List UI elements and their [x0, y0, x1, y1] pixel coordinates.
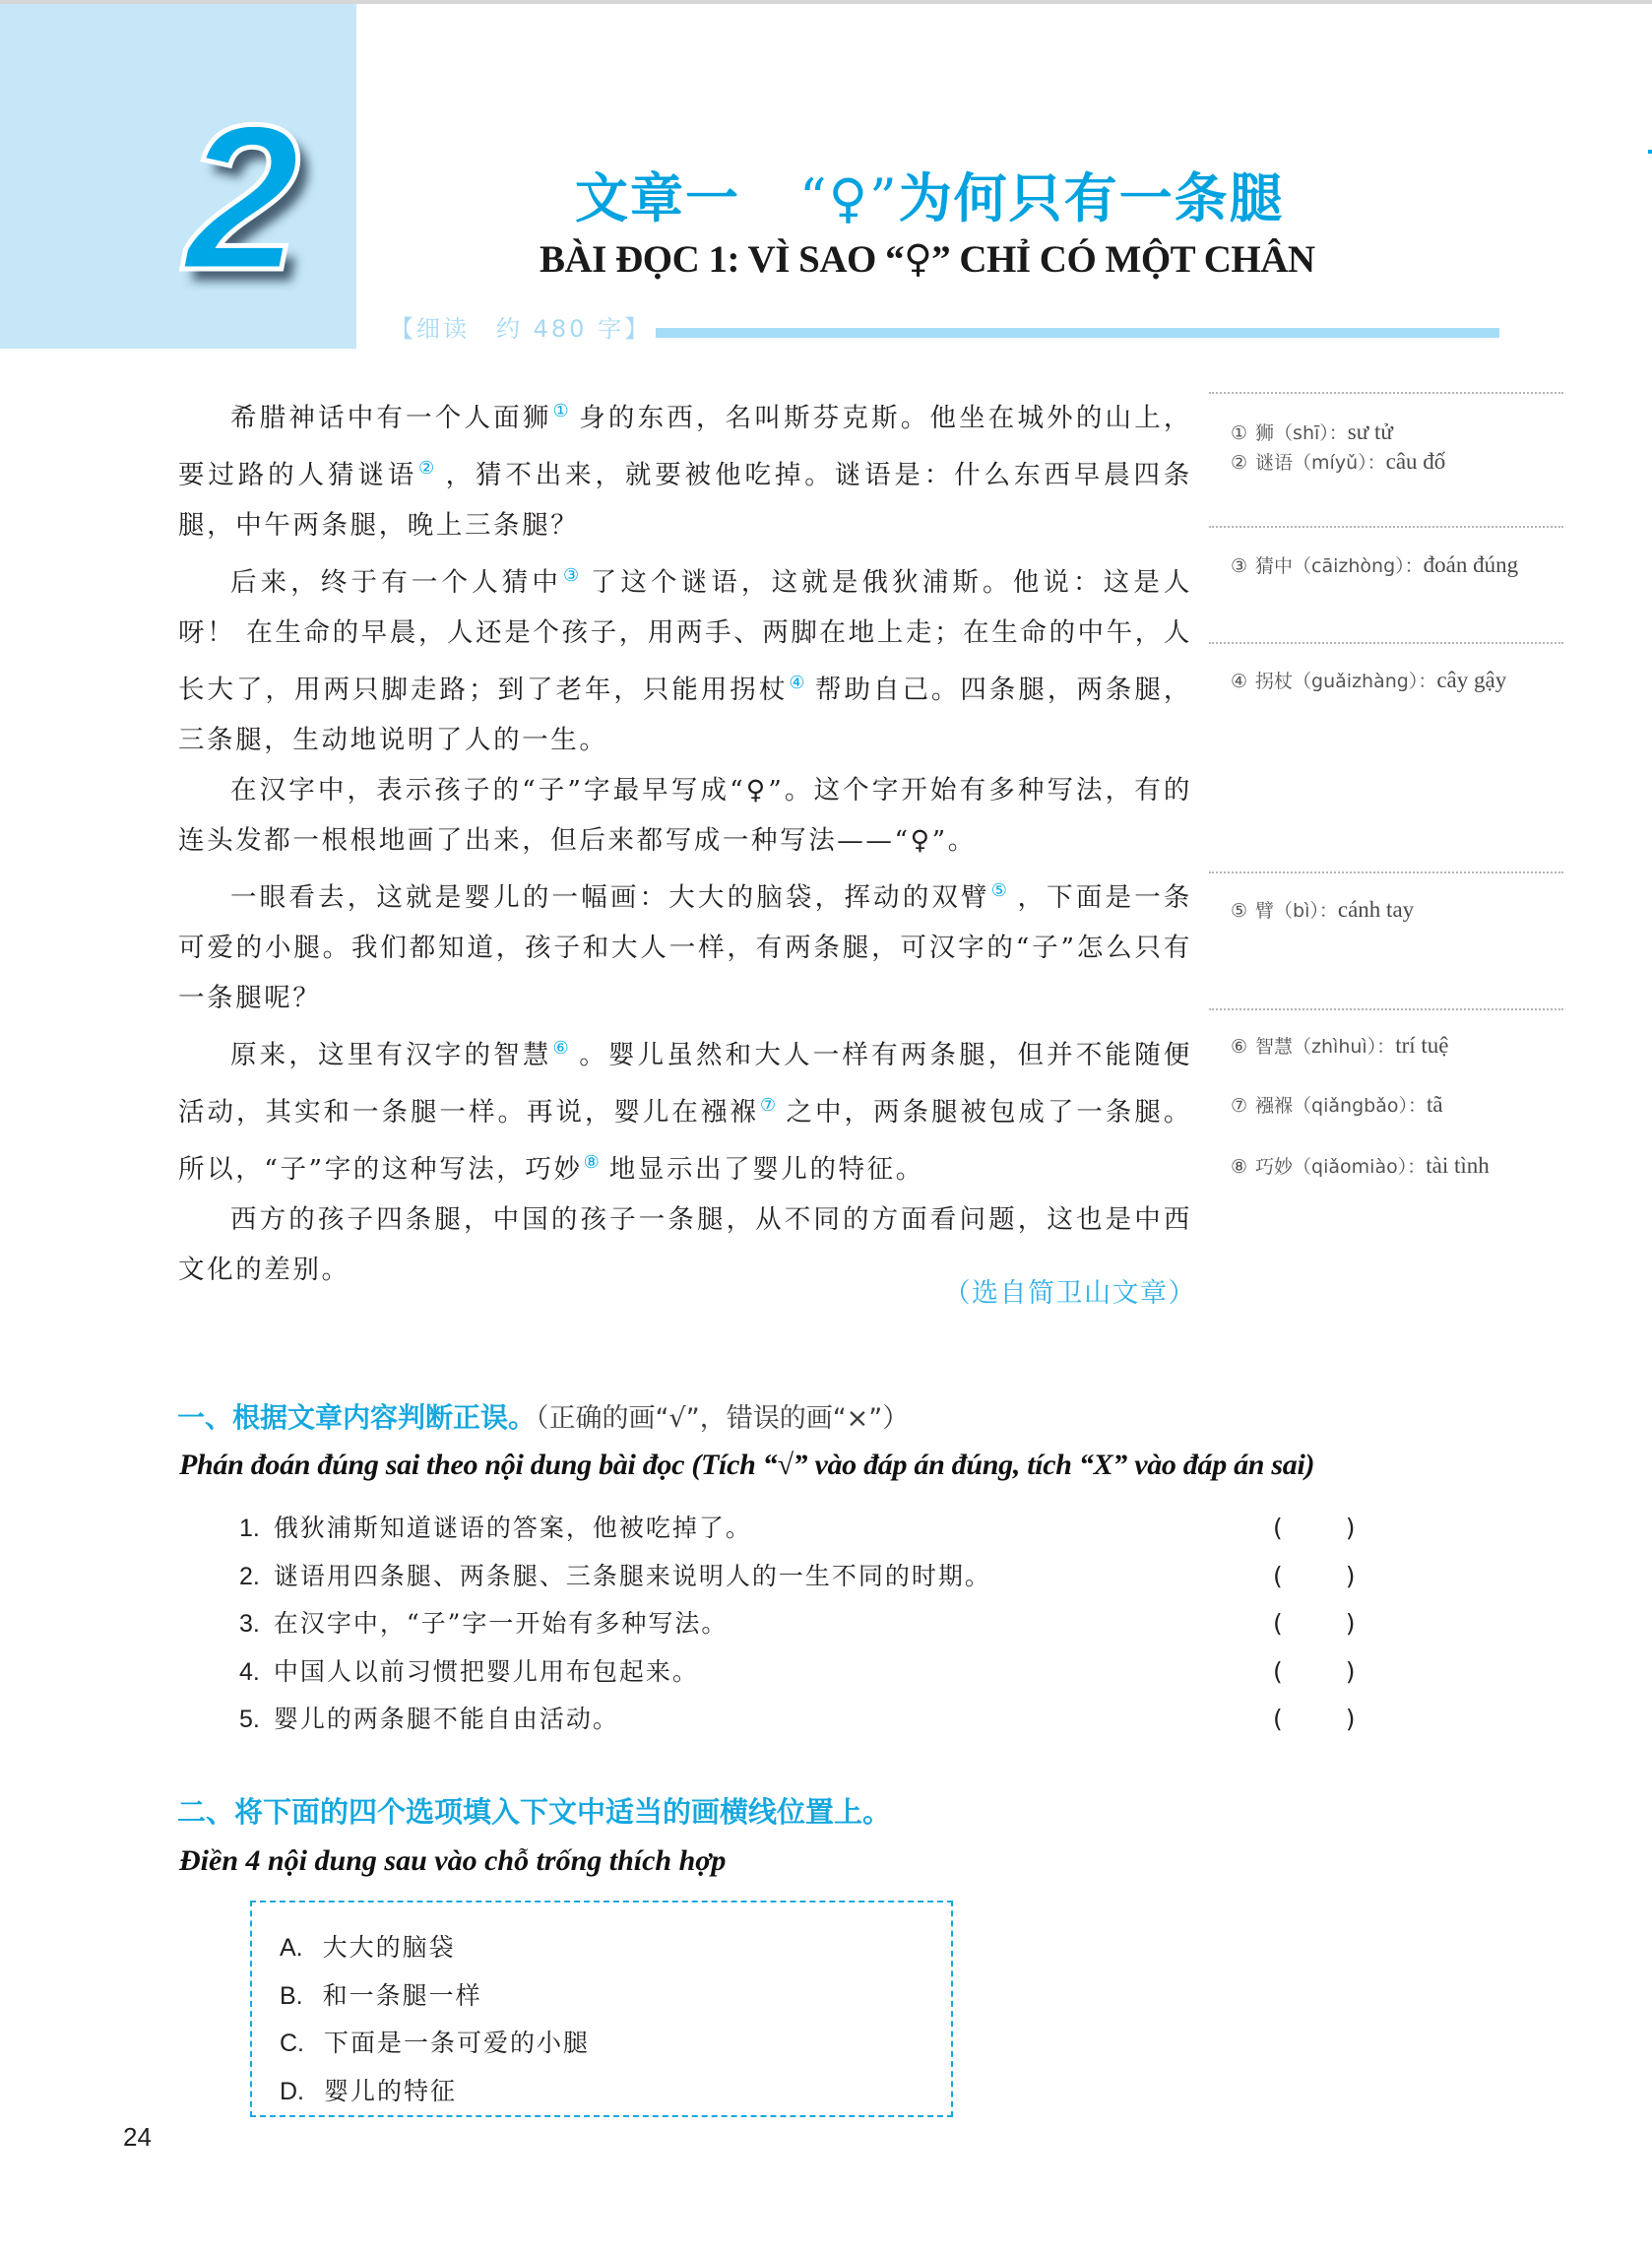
- question-text: 谜语用四条腿、两条腿、三条腿来说明人的一生不同的时期。: [274, 1562, 991, 1590]
- note-divider: [1209, 642, 1563, 644]
- paren-close: ): [1346, 1657, 1356, 1686]
- paragraph-text: 地显示出了婴儿的特征。: [609, 1154, 924, 1185]
- lesson-number-panel: [0, 4, 356, 349]
- section1-title: 一、根据文章内容判断正误。: [177, 1401, 536, 1434]
- section1-heading: 一、根据文章内容判断正误。（正确的画“√”，错误的画“×”）: [177, 1398, 909, 1439]
- section1-instruction: （正确的画“√”，错误的画“×”）: [536, 1403, 909, 1434]
- question-text: 中国人以前习惯把婴儿用布包起来。: [274, 1657, 699, 1686]
- note-word: 巧妙（qiǎomiào）：: [1255, 1156, 1426, 1178]
- page-number: 24: [123, 2122, 152, 2153]
- option-item: B.和一条腿一样: [280, 1972, 951, 2021]
- title-cn-rest: 为何只有一条腿: [899, 167, 1285, 229]
- option-letter: C.: [280, 2030, 304, 2057]
- question-number: 2.: [239, 1563, 260, 1590]
- true-false-list: 1.俄狄浦斯知道谜语的答案，他被吃掉了。()2.谜语用四条腿、两条腿、三条腿来说…: [239, 1507, 1381, 1746]
- option-text: 大大的脑袋: [323, 1933, 456, 1962]
- vocab-note: ⑥智慧（zhìhuì）：trí tuệ: [1231, 1032, 1449, 1061]
- paren-open: (: [1273, 1705, 1283, 1733]
- option-item: C.下面是一条可爱的小腿: [280, 2020, 951, 2068]
- article-paragraph: 原来，这里有汉字的智慧⑥。婴儿虽然和大人一样有两条腿，但并不能随便活动，其实和一…: [178, 1023, 1192, 1194]
- option-text: 下面是一条可爱的小腿: [324, 2029, 590, 2057]
- note-divider: [1209, 871, 1563, 873]
- section2-heading: 二、将下面的四个选项填入下文中适当的画横线位置上。: [177, 1792, 891, 1832]
- note-number: ⑦: [1231, 1095, 1247, 1117]
- zi-ancient-glyph-icon: ♀: [904, 237, 931, 282]
- note-number: ⑤: [1231, 900, 1247, 922]
- note-divider: [1209, 1008, 1563, 1010]
- vocab-note: ④拐杖（guǎizhàng）：cây gậy: [1231, 667, 1506, 695]
- paren-open: (: [1273, 1609, 1283, 1638]
- reading-bar-divider: [656, 328, 1499, 338]
- answer-blank[interactable]: (): [1273, 1507, 1356, 1550]
- footnote-marker: ⑧: [584, 1152, 600, 1173]
- vocab-note: ⑤臂（bì）：cánh tay: [1231, 896, 1414, 925]
- question-text: 在汉字中，“子”字一开始有多种写法。: [274, 1609, 729, 1638]
- paren-open: (: [1273, 1514, 1283, 1542]
- lesson-number: 2: [185, 95, 296, 301]
- footnote-marker: ①: [553, 401, 570, 421]
- note-meaning: tã: [1427, 1092, 1443, 1117]
- note-divider: [1209, 392, 1563, 394]
- question-item: 3.在汉字中，“子”字一开始有多种写法。(): [239, 1602, 1381, 1650]
- option-text: 婴儿的特征: [324, 2077, 457, 2105]
- option-text: 和一条腿一样: [323, 1981, 482, 2010]
- note-meaning: đoán đúng: [1424, 552, 1518, 577]
- question-item: 5.婴儿的两条腿不能自由活动。(): [239, 1698, 1381, 1746]
- footnote-marker: ②: [418, 458, 435, 479]
- option-item: A.大大的脑袋: [280, 1924, 951, 1972]
- option-item: D.婴儿的特征: [280, 2068, 951, 2116]
- note-meaning: cánh tay: [1338, 897, 1414, 922]
- vocab-note: ②谜语（míyǔ）：câu đố: [1231, 448, 1445, 477]
- footnote-marker: ⑤: [991, 880, 1008, 901]
- answer-blank[interactable]: (): [1273, 1650, 1356, 1694]
- note-word: 臂（bì）：: [1255, 900, 1338, 922]
- question-number: 1.: [239, 1515, 260, 1542]
- note-meaning: cây gậy: [1436, 668, 1506, 692]
- note-number: ③: [1231, 555, 1247, 577]
- question-text: 婴儿的两条腿不能自由活动。: [274, 1705, 619, 1733]
- note-meaning: tài tình: [1426, 1153, 1490, 1178]
- answer-blank[interactable]: (): [1273, 1555, 1356, 1598]
- option-letter: D.: [280, 2078, 304, 2105]
- edge-mark: [1648, 150, 1652, 154]
- paragraph-text: 在汉字中，表示孩子的“子”字最早写成“♀”。这个字开始有多种写法，有的连头发都一…: [178, 775, 1192, 856]
- question-number: 3.: [239, 1610, 260, 1638]
- vocab-note: ⑧巧妙（qiǎomiào）：tài tình: [1231, 1152, 1490, 1181]
- answer-blank[interactable]: (): [1273, 1602, 1356, 1645]
- footnote-marker: ④: [789, 673, 805, 693]
- title-chinese: 文章一“♀”为何只有一条腿: [575, 167, 1285, 230]
- note-word: 智慧（zhìhuì）：: [1255, 1036, 1395, 1058]
- note-divider: [1209, 526, 1563, 528]
- note-number: ②: [1231, 452, 1247, 474]
- article-source: （选自简卫山文章）: [935, 1274, 1196, 1314]
- paragraph-text: 原来，这里有汉字的智慧: [230, 1040, 552, 1070]
- paragraph-text: 后来，终于有一个人猜中: [230, 567, 562, 598]
- article-paragraph: 一眼看去，这就是婴儿的一幅画：大大的脑袋，挥动的双臂⑤，下面是一条可爱的小腿。我…: [178, 866, 1192, 1023]
- footnote-marker: ③: [563, 565, 581, 586]
- option-letter: B.: [280, 1982, 303, 2010]
- paren-open: (: [1273, 1562, 1283, 1590]
- note-word: 谜语（míyǔ）：: [1255, 452, 1386, 474]
- option-letter: A.: [280, 1934, 303, 1962]
- footnote-marker: ⑥: [553, 1038, 570, 1059]
- footnote-marker: ⑦: [760, 1095, 777, 1116]
- note-number: ⑧: [1231, 1156, 1247, 1178]
- paragraph-text: 希腊神话中有一个人面狮: [230, 403, 552, 433]
- paragraph-text: 西方的孩子四条腿，中国的孩子一条腿，从不同的方面看问题，这也是中西文化的差别。: [178, 1204, 1192, 1285]
- title-vn-prefix: BÀI ĐỌC 1: VÌ SAO “: [540, 238, 904, 281]
- vocab-note: ⑦襁褓（qiǎngbǎo）：tã: [1231, 1091, 1443, 1120]
- paren-close: ): [1346, 1609, 1356, 1638]
- reading-tag: 【细读 约 480 字】: [390, 313, 651, 345]
- title-cn-prefix: 文章一: [575, 167, 740, 229]
- section1-subtitle: Phán đoán đúng sai theo nội dung bài đọc…: [179, 1446, 1314, 1485]
- note-word: 狮（shī）：: [1255, 422, 1348, 444]
- note-meaning: sư tử: [1348, 419, 1393, 444]
- note-meaning: trí tuệ: [1395, 1033, 1448, 1058]
- question-text: 俄狄浦斯知道谜语的答案，他被吃掉了。: [274, 1514, 752, 1542]
- article-paragraph: 后来，终于有一个人猜中③了这个谜语，这就是俄狄浦斯。他说：这是人呀！ 在生命的早…: [178, 550, 1192, 765]
- question-item: 1.俄狄浦斯知道谜语的答案，他被吃掉了。(): [239, 1507, 1381, 1555]
- note-word: 拐杖（guǎizhàng）：: [1255, 671, 1436, 692]
- question-number: 5.: [239, 1706, 260, 1733]
- title-vn-suffix: ” CHỈ CÓ MỘT CHÂN: [931, 238, 1314, 281]
- article-paragraph: 在汉字中，表示孩子的“子”字最早写成“♀”。这个字开始有多种写法，有的连头发都一…: [178, 765, 1192, 866]
- title-vietnamese: BÀI ĐỌC 1: VÌ SAO “♀” CHỈ CÓ MỘT CHÂN: [540, 236, 1315, 284]
- article-paragraph: 希腊神话中有一个人面狮①身的东西，名叫斯芬克斯。他坐在城外的山上，要过路的人猜谜…: [178, 386, 1192, 550]
- paren-open: (: [1273, 1657, 1283, 1686]
- note-word: 襁褓（qiǎngbǎo）：: [1255, 1095, 1427, 1117]
- question-item: 2.谜语用四条腿、两条腿、三条腿来说明人的一生不同的时期。(): [239, 1555, 1381, 1603]
- paren-close: ): [1346, 1514, 1356, 1542]
- note-number: ①: [1231, 422, 1247, 444]
- options-box: A.大大的脑袋B.和一条腿一样C.下面是一条可爱的小腿D.婴儿的特征: [250, 1901, 953, 2117]
- section2-subtitle: Điền 4 nội dung sau vào chỗ trống thích …: [179, 1841, 726, 1881]
- article-body: 希腊神话中有一个人面狮①身的东西，名叫斯芬克斯。他坐在城外的山上，要过路的人猜谜…: [178, 386, 1192, 1295]
- answer-blank[interactable]: (): [1273, 1698, 1356, 1741]
- note-number: ④: [1231, 671, 1247, 692]
- note-number: ⑥: [1231, 1036, 1247, 1058]
- vocab-note: ①狮（shī）：sư tử: [1231, 419, 1393, 447]
- paren-close: ): [1346, 1705, 1356, 1733]
- note-meaning: câu đố: [1386, 449, 1446, 474]
- note-word: 猜中（cāizhòng）：: [1255, 555, 1424, 577]
- vocab-note: ③猜中（cāizhòng）：đoán đúng: [1231, 551, 1518, 580]
- paren-close: ): [1346, 1562, 1356, 1590]
- paragraph-text: 一眼看去，这就是婴儿的一幅画：大大的脑袋，挥动的双臂: [230, 882, 990, 913]
- question-item: 4.中国人以前习惯把婴儿用布包起来。(): [239, 1650, 1381, 1699]
- question-number: 4.: [239, 1658, 260, 1686]
- zi-ancient-glyph-icon: “♀”: [799, 167, 899, 229]
